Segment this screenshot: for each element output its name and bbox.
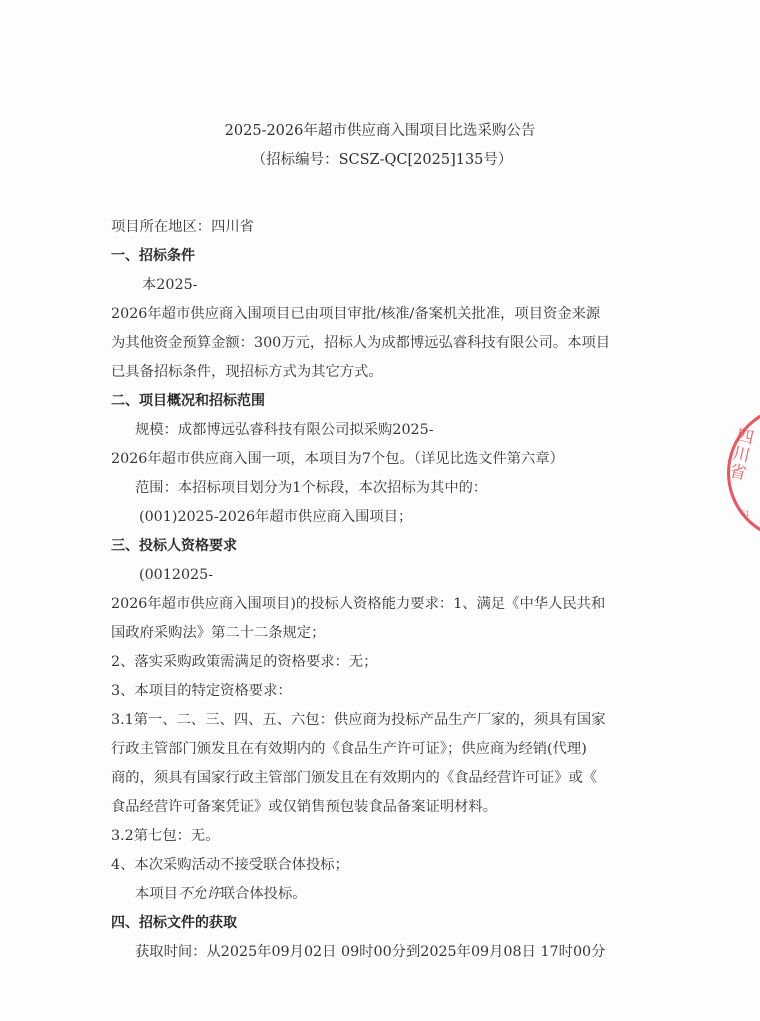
paragraph-line: 4、本次采购活动不接受联合体投标； xyxy=(111,855,349,875)
section-heading-bidding-conditions: 一、招标条件 xyxy=(111,246,195,266)
paragraph-line: 3.1第一、二、三、四、五、六包：供应商为投标产品生产厂家的，须具有国家 xyxy=(111,710,606,730)
paragraph-line: 本2025- xyxy=(142,275,198,295)
paragraph-line: (001)2025-2026年超市供应商入围项目； xyxy=(139,507,412,527)
project-region: 项目所在地区：四川省 xyxy=(111,217,254,237)
tender-number: （招标编号：SCSZ-QC[2025]135号） xyxy=(0,150,760,170)
paragraph-line: 2026年超市供应商入围一项，本项目为7个包。（详见比选文件第六章） xyxy=(111,449,564,469)
section-heading-project-overview: 二、项目概况和招标范围 xyxy=(111,391,265,411)
paragraph-line: 2、落实采购政策需满足的资格要求：无； xyxy=(111,652,377,672)
section-heading-document-acquisition: 四、招标文件的获取 xyxy=(111,913,237,933)
paragraph-line: 行政主管部门颁发且在有效期内的《食品生产许可证》；供应商为经销(代理) xyxy=(111,739,587,759)
acquisition-time: 获取时间：从2025年09月02日 09时00分到2025年09月08日 17时… xyxy=(135,942,605,962)
consortium-suffix: 联合体投标。 xyxy=(221,886,307,902)
paragraph-line: 2026年超市供应商入围项目)的投标人资格能力要求：1、满足《中华人民共和 xyxy=(111,594,605,614)
paragraph-line: 规模：成都博远弘睿科技有限公司拟采购2025- xyxy=(135,420,434,440)
paragraph-line: 已具备招标条件，现招标方式为其它方式。 xyxy=(111,362,383,382)
paragraph-line: 3、本项目的特定资格要求： xyxy=(111,681,292,701)
paragraph-line: 商的，须具有国家行政主管部门颁发且在有效期内的《食品经营许可证》或《 xyxy=(111,768,597,788)
document-page: 2025-2026年超市供应商入围项目比选采购公告 （招标编号：SCSZ-QC[… xyxy=(0,0,760,1021)
paragraph-line: 2026年超市供应商入围项目已由项目审批/核准/备案机关批准，项目资金来源 xyxy=(111,304,600,324)
section-heading-bidder-qualifications: 三、投标人资格要求 xyxy=(111,536,237,556)
paragraph-line: 食品经营许可备案凭证》或仅销售预包装食品备案证明材料。 xyxy=(111,797,497,817)
paragraph-line: 范围：本招标项目划分为1个标段，本次招标为其中的： xyxy=(135,478,487,498)
paragraph-line: 3.2第七包：无。 xyxy=(111,826,220,846)
document-title: 2025-2026年超市供应商入围项目比选采购公告 xyxy=(0,121,760,141)
seal-number: 51 xyxy=(741,510,750,518)
paragraph-line: 为其他资金预算金额：300万元，招标人为成都博远弘睿科技有限公司。本项目 xyxy=(111,333,610,353)
consortium-prefix: 本项目 xyxy=(135,886,178,902)
paragraph-line: (0012025- xyxy=(139,565,213,585)
consortium-line: 本项目不允许联合体投标。 xyxy=(135,884,307,904)
paragraph-line: 国政府采购法》第二十二条规定； xyxy=(111,623,325,643)
consortium-not-allowed: 不允许 xyxy=(178,886,221,902)
